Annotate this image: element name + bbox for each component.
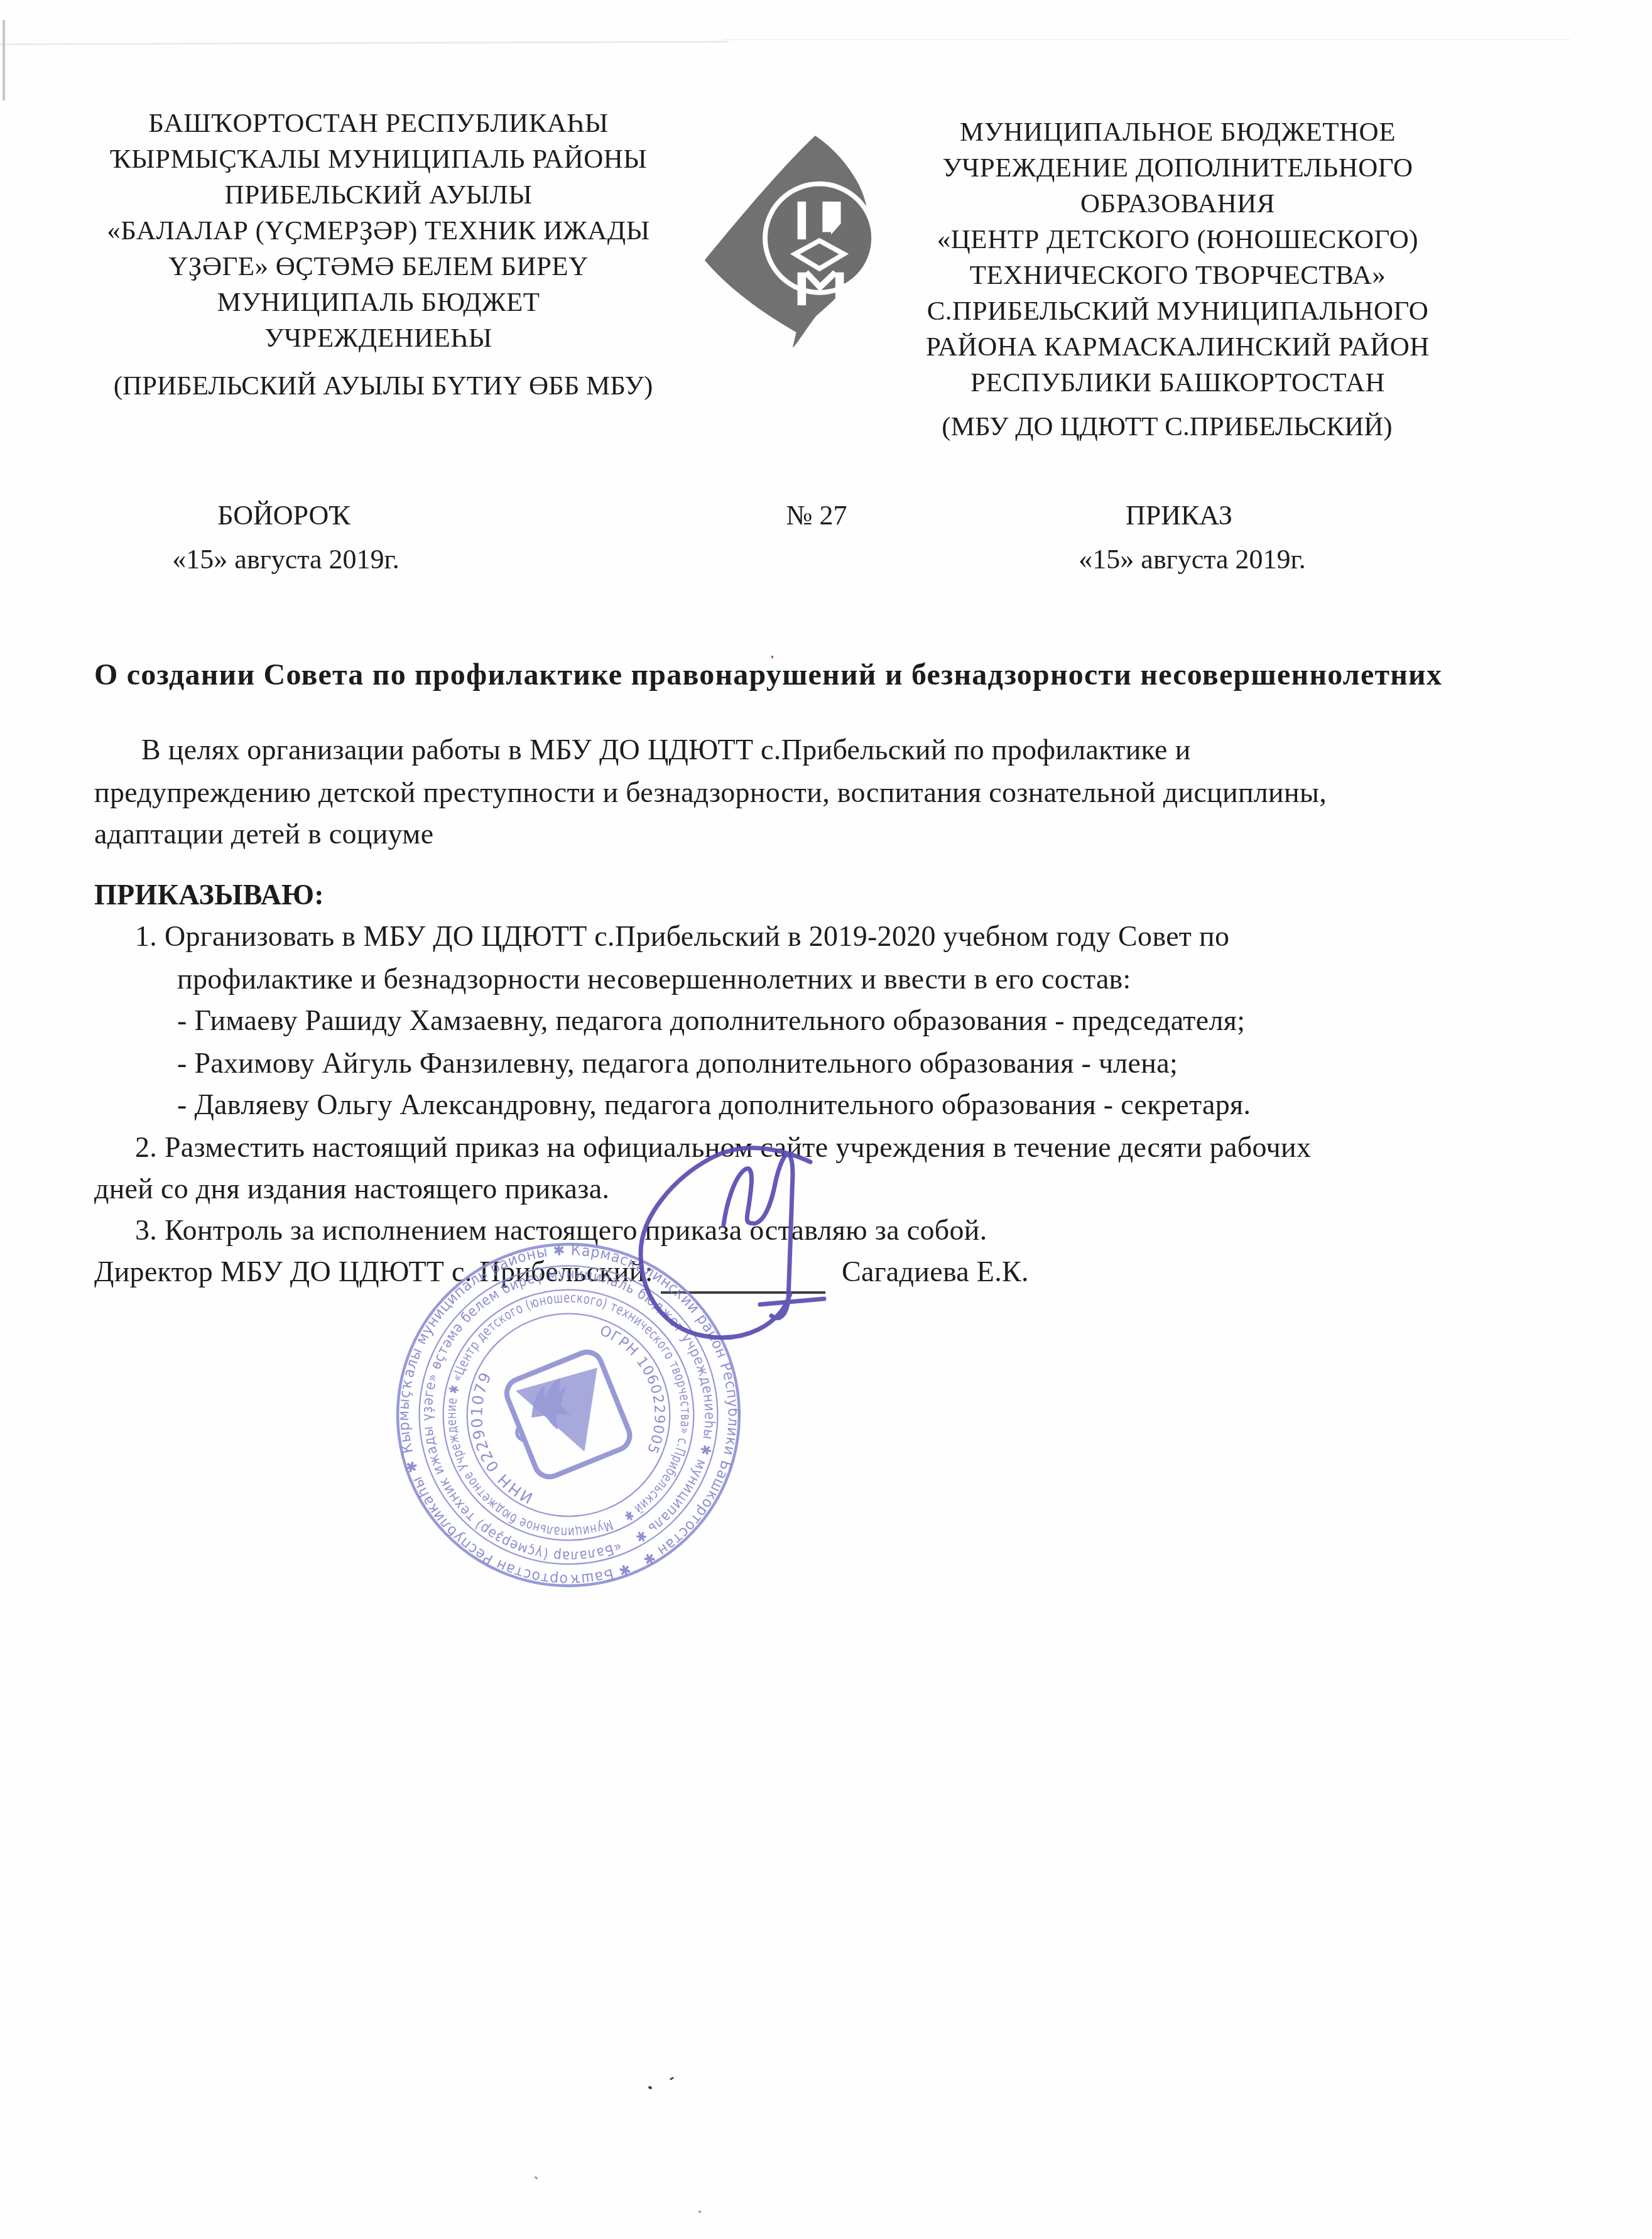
org-name-line: УЧРЕЖДЕНИЕ ДОПОЛНИТЕЛЬНОГО: [898, 150, 1457, 186]
order-item-line: дней со дня издания настоящего приказа.: [94, 1172, 609, 1205]
order-item-line: - Гимаеву Рашиду Хамзаевну, педагога доп…: [177, 1004, 1245, 1037]
org-name-line: МУНИЦИПАЛЬНОЕ БЮДЖЕТНОЕ: [898, 114, 1457, 150]
resolve-word: ПРИКАЗЫВАЮ:: [94, 878, 324, 911]
preamble-line: В целях организации работы в МБУ ДО ЦДЮТ…: [141, 733, 1191, 766]
scanned-order-document: БАШҠОРТОСТАН РЕСПУБЛИКАҺЫ ҠЫРМЫҪҠАЛЫ МУН…: [0, 0, 1652, 2239]
org-name-line: С.ПРИБЕЛЬСКИЙ МУНИЦИПАЛЬНОГО: [898, 293, 1457, 329]
ink-speck: [648, 2086, 652, 2090]
org-name-line: ҮҘӘГЕ» ӨҪТӘМӘ БЕЛЕМ БИРЕҮ: [97, 249, 660, 285]
ink-speck: [698, 2211, 701, 2213]
org-abbrev-bashkir: (ПРИБЕЛЬСКИЙ АУЫЛЫ БҮТИҮ ӨББ МБУ): [114, 371, 653, 401]
org-name-line: РЕСПУБЛИКИ БАШКОРТОСТАН: [898, 365, 1457, 401]
director-name: Сагадиева Е.К.: [842, 1255, 1029, 1288]
ink-speck: [670, 2076, 675, 2080]
order-word-bashkir: БОЙОРОҠ: [217, 499, 351, 531]
order-item-line: профилактике и безнадзорности несовершен…: [177, 962, 1131, 995]
stamp-center-emblem: [498, 1348, 634, 1483]
order-item-line: 1. Организовать в МБУ ДО ЦДЮТТ с.Прибель…: [135, 919, 1229, 953]
org-name-russian: МУНИЦИПАЛЬНОЕ БЮДЖЕТНОЕ УЧРЕЖДЕНИЕ ДОПОЛ…: [898, 114, 1457, 401]
scan-line-artifact: [0, 41, 729, 45]
org-name-line: МУНИЦИПАЛЬ БЮДЖЕТ: [97, 285, 660, 320]
order-date-right: «15» августа 2019г.: [1079, 543, 1305, 575]
org-name-line: БАШҠОРТОСТАН РЕСПУБЛИКАҺЫ: [97, 106, 660, 141]
order-item-line: - Рахимову Айгуль Фанзилевну, педагога д…: [177, 1046, 1178, 1080]
org-name-line: УЧРЕЖДЕНИЕҺЫ: [97, 320, 660, 356]
org-name-line: «ЦЕНТР ДЕТСКОГО (ЮНОШЕСКОГО): [898, 222, 1457, 258]
scan-line-artifact-2: [722, 39, 1570, 40]
org-name-line: «БАЛАЛАР (ҮҪМЕРҘӘР) ТЕХНИК ИЖАДЫ: [97, 213, 660, 249]
org-abbrev-russian: (МБУ ДО ЦДЮТТ С.ПРИБЕЛЬСКИЙ): [942, 411, 1392, 442]
order-subject-title: О создании Совета по профилактике правон…: [94, 658, 1442, 692]
order-date-left: «15» августа 2019г.: [172, 543, 399, 575]
preamble-line: предупреждению детской преступности и бе…: [94, 776, 1327, 809]
preamble-line: адаптации детей в социуме: [94, 817, 433, 850]
order-number: № 27: [786, 499, 847, 531]
ink-speck: [535, 2176, 538, 2180]
order-item-line: - Давляеву Ольгу Александровну, педагога…: [177, 1088, 1251, 1121]
org-name-line: РАЙОНА КАРМАСКАЛИНСКИЙ РАЙОН: [898, 329, 1457, 365]
organization-logo-icon: [696, 133, 879, 353]
scan-edge-tick: [3, 20, 5, 100]
org-name-line: ПРИБЕЛЬСКИЙ АУЫЛЫ: [97, 177, 660, 213]
order-word-russian: ПРИКАЗ: [1126, 499, 1232, 531]
org-name-line: ОБРАЗОВАНИЯ: [898, 186, 1457, 222]
org-name-line: ҠЫРМЫҪҠАЛЫ МУНИЦИПАЛЬ РАЙОНЫ: [97, 141, 660, 177]
director-handwritten-signature: [616, 1140, 867, 1353]
org-name-line: ТЕХНИЧЕСКОГО ТВОРЧЕСТВА»: [898, 258, 1457, 293]
org-name-bashkir: БАШҠОРТОСТАН РЕСПУБЛИКАҺЫ ҠЫРМЫҪҠАЛЫ МУН…: [97, 106, 660, 356]
